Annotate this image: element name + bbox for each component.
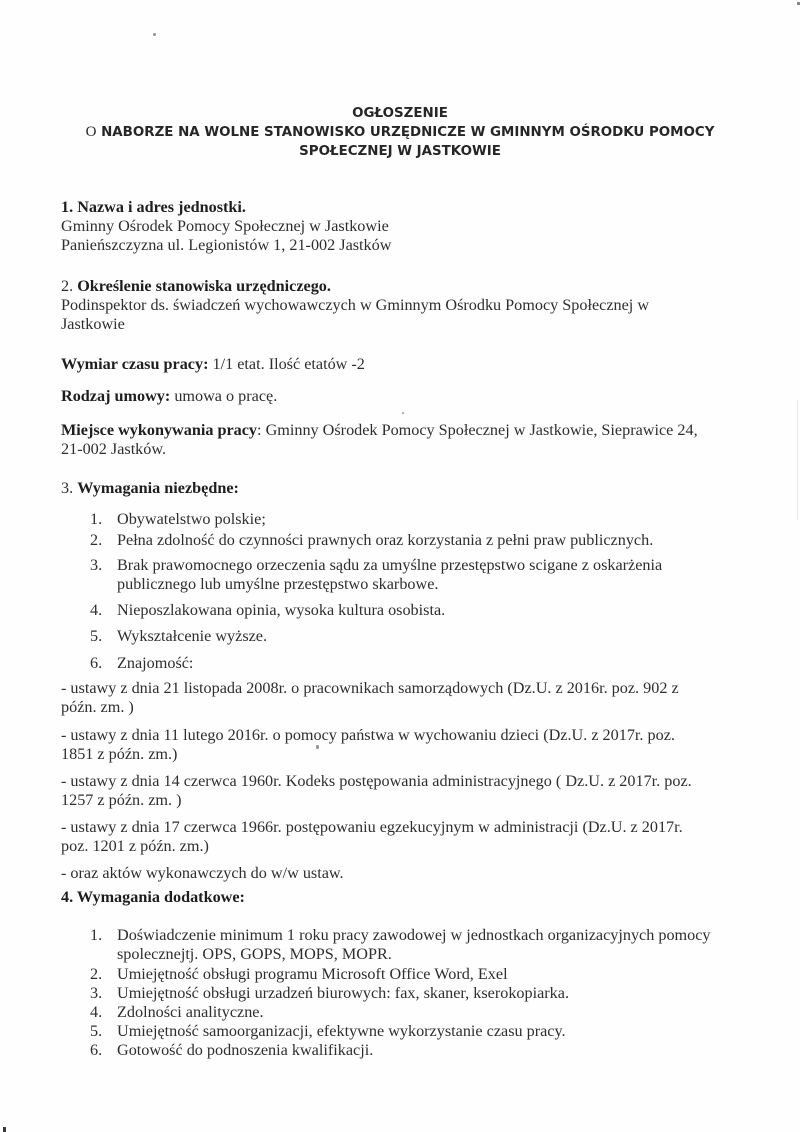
scanned-page: OGŁOSZENIE O NABORZE NA WOLNE STANOWISKO… [0, 0, 800, 1132]
working-time-label: Wymiar czasu pracy: [61, 355, 208, 373]
law-item: - ustawy z dnia 17 czerwca 1966r. postęp… [61, 818, 781, 856]
workplace: Miejsce wykonywania pracy: Gminny Ośrode… [61, 421, 781, 459]
document-header: OGŁOSZENIE O NABORZE NA WOLNE STANOWISKO… [0, 104, 800, 161]
section-3-heading: 3. Wymagania niezbędne: [61, 479, 781, 498]
workplace-label: Miejsce wykonywania pracy [61, 421, 257, 439]
section-1: 1. Nazwa i adres jednostki. Gminny Ośrod… [61, 198, 781, 255]
scan-speck [402, 412, 404, 414]
section-1-heading: 1. Nazwa i adres jednostki. [61, 198, 781, 217]
position-title-line-1: Podinspektor ds. świadczeń wychowawczych… [61, 296, 781, 315]
contract-type: Rodzaj umowy: umowa o pracę. [61, 387, 781, 406]
scan-speck [153, 33, 156, 36]
law-item: - ustawy z dnia 21 listopada 2008r. o pr… [61, 679, 781, 717]
workplace-value-line-2: 21-002 Jastków. [61, 440, 781, 459]
law-item: - oraz aktów wykonawczych do w/w ustaw. [61, 864, 781, 883]
contract-type-value: umowa o pracę. [170, 387, 277, 405]
working-time: Wymiar czasu pracy: 1/1 etat. Ilość etat… [61, 355, 781, 374]
section-4-heading: 4. Wymagania dodatkowe: [61, 888, 781, 907]
section-2-heading: 2. Określenie stanowiska urzędniczego. [61, 277, 781, 296]
unit-name: Gminny Ośrodek Pomocy Społecznej w Jastk… [61, 217, 781, 236]
scan-fold-line [797, 400, 798, 520]
scan-edge-mark [3, 1127, 6, 1132]
law-item: - ustawy z dnia 14 czerwca 1960r. Kodeks… [61, 772, 781, 810]
document-title: OGŁOSZENIE [0, 104, 800, 123]
unit-address: Panieńszczyzna ul. Legionistów 1, 21-002… [61, 236, 781, 255]
contract-type-label: Rodzaj umowy: [61, 387, 170, 405]
document-subtitle-line-2: SPOŁECZNEJ W JASTKOWIE [0, 142, 800, 161]
section-2: 2. Określenie stanowiska urzędniczego. P… [61, 277, 781, 334]
workplace-value-line-1: : Gminny Ośrodek Pomocy Społecznej w Jas… [257, 421, 698, 439]
law-item: - ustawy z dnia 11 lutego 2016r. o pomoc… [61, 726, 781, 764]
document-subtitle-line-1: O NABORZE NA WOLNE STANOWISKO URZĘDNICZE… [0, 123, 800, 142]
working-time-value: 1/1 etat. Ilość etatów -2 [208, 355, 364, 373]
position-title-line-2: Jastkowie [61, 315, 781, 334]
